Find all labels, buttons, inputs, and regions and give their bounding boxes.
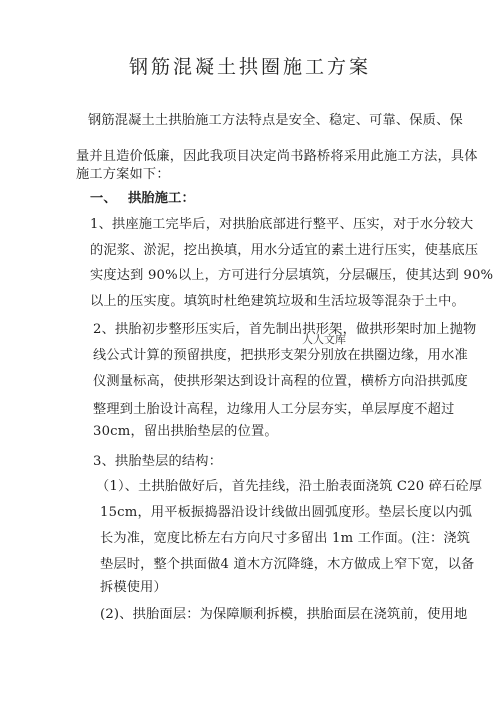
section-heading: 拱胎施工： <box>128 191 195 207</box>
intro-line-3: 施工方案如下： <box>76 167 170 183</box>
item3-heading: 3、拱胎垫层的结构： <box>93 454 222 470</box>
item2-line-2: 线公式计算的预留拱度，把拱形支架分别放在拱圈边缘，用水准 <box>93 348 468 364</box>
sub1-line-3: 长为准，宽度比桥左右方向尺寸多留出 1m 工作面。(注：浇筑 <box>100 531 470 547</box>
sub1-line-2: 15cm，用平板振捣器沿设计线做出圆弧度形。垫层长度以内弧 <box>100 505 472 521</box>
sub2-line-1: (2)、拱胎面层：为保障顺利拆模，拱胎面层在浇筑前，使用地 <box>100 607 467 623</box>
item2-line-4: 整理到土胎设计高程，边缘用人工分层夯实，单层厚度不超过 <box>93 402 454 418</box>
intro-line-1: 钢筋混凝土土拱胎施工方法特点是安全、稳定、可靠、保质、保 <box>88 113 463 129</box>
item1-line-2: 的泥浆、淤泥，挖出换填，用水分适宜的素土进行压实，使基底压 <box>90 243 478 259</box>
item2-line-3: 仪测量标高，使拱形架达到设计高程的位置，横桥方向沿拱弧度 <box>93 374 468 390</box>
sub1-line-5: 拆模使用） <box>100 580 167 596</box>
watermark-overlay: 人人文库 <box>302 334 346 345</box>
intro-line-2: 量并且造价低廉，因此我项目决定尚书路桥将采用此施工方法，具体 <box>76 149 478 165</box>
sub1-line-4: 垫层时，整个拱面做4 道木方沉降缝，木方做成上窄下宽，以备 <box>100 557 474 573</box>
document-title: 钢筋混凝土拱圈施工方案 <box>0 52 500 79</box>
item2-line-5: 30cm，留出拱胎垫层的位置。 <box>93 424 278 440</box>
item1-line-3: 实度达到 90%以上，方可进行分层填筑，分层碾压，使其达到 90% <box>90 268 493 284</box>
item1-line-4: 以上的压实度。填筑时杜绝建筑垃圾和生活垃圾等混杂于土中。 <box>90 294 465 310</box>
item2-line-1: 2、拱胎初步整形压实后，首先制出拱形架，做拱形架时加上抛物 <box>93 322 476 338</box>
sub1-line-1: （1）、土拱胎做好后，首先挂线，沿土胎表面浇筑 C20 碎石砼厚 <box>96 479 482 495</box>
item1-line-1: 1、拱座施工完毕后，对拱胎底部进行整平、压实，对于水分较大 <box>90 217 473 233</box>
section-number: 一、 <box>90 191 117 207</box>
